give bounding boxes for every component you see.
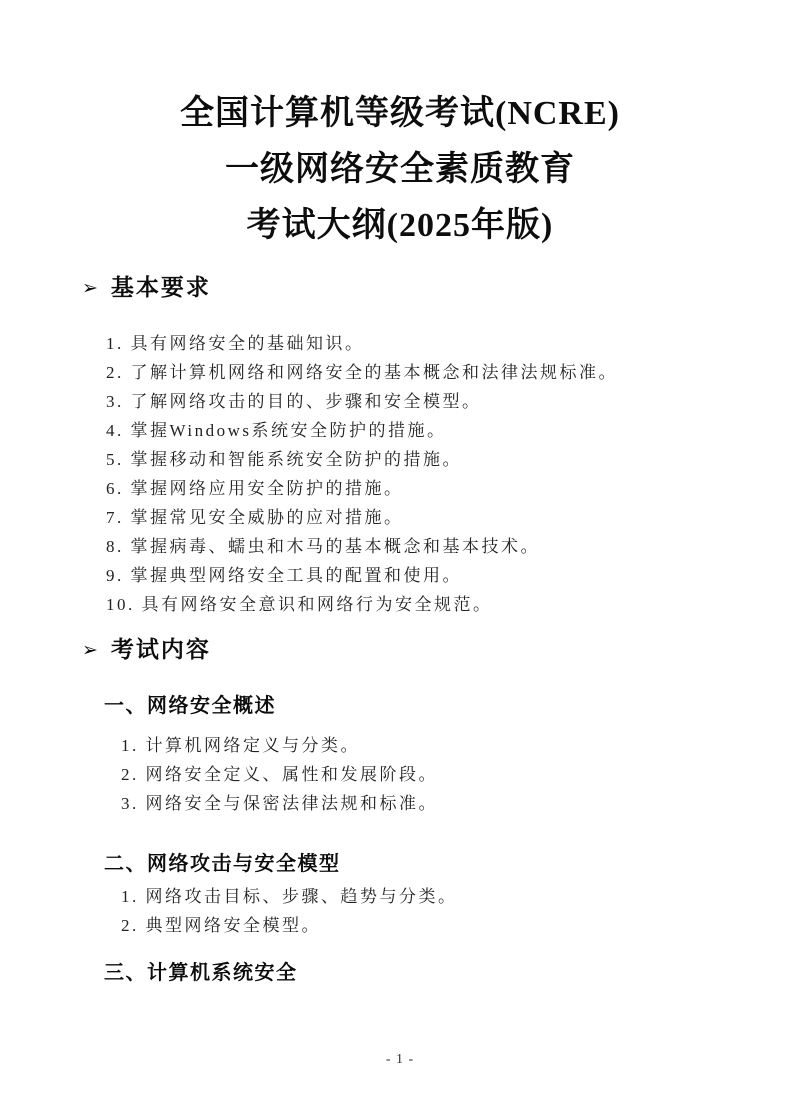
subsection-2-list: 1. 网络攻击目标、步骤、趋势与分类。 2. 典型网络安全模型。 [121, 882, 458, 940]
section-heading-exam-content: ➢ 考试内容 [82, 634, 211, 666]
list-item: 10. 具有网络安全意识和网络行为安全规范。 [106, 590, 618, 619]
list-item: 2. 典型网络安全模型。 [121, 911, 458, 940]
list-item: 9. 掌握典型网络安全工具的配置和使用。 [106, 561, 618, 590]
list-item: 6. 掌握网络应用安全防护的措施。 [106, 474, 618, 503]
section-heading-basic-requirements: ➢ 基本要求 [82, 272, 211, 304]
list-item: 8. 掌握病毒、蠕虫和木马的基本概念和基本技术。 [106, 532, 618, 561]
list-item: 1. 具有网络安全的基础知识。 [106, 329, 618, 358]
section-heading-label: 考试内容 [111, 634, 211, 666]
list-item: 4. 掌握Windows系统安全防护的措施。 [106, 416, 618, 445]
list-item: 5. 掌握移动和智能系统安全防护的措施。 [106, 445, 618, 474]
list-item: 1. 网络攻击目标、步骤、趋势与分类。 [121, 882, 458, 911]
basic-requirements-list: 1. 具有网络安全的基础知识。 2. 了解计算机网络和网络安全的基本概念和法律法… [106, 329, 618, 619]
list-item: 2. 网络安全定义、属性和发展阶段。 [121, 760, 438, 789]
list-item: 3. 了解网络攻击的目的、步骤和安全模型。 [106, 387, 618, 416]
arrow-bullet-icon: ➢ [82, 273, 98, 305]
title-line-2: 一级网络安全素质教育 [0, 142, 800, 198]
page-number: - 1 - [0, 1052, 800, 1068]
document-page: 全国计算机等级考试(NCRE) 一级网络安全素质教育 考试大纲(2025年版) … [0, 0, 800, 1114]
subsection-1-list: 1. 计算机网络定义与分类。 2. 网络安全定义、属性和发展阶段。 3. 网络安… [121, 731, 438, 818]
title-line-3: 考试大纲(2025年版) [0, 198, 800, 254]
title-line-1: 全国计算机等级考试(NCRE) [0, 86, 800, 142]
list-item: 1. 计算机网络定义与分类。 [121, 731, 438, 760]
arrow-bullet-icon: ➢ [82, 635, 98, 667]
document-title: 全国计算机等级考试(NCRE) 一级网络安全素质教育 考试大纲(2025年版) [0, 86, 800, 254]
subsection-heading-1: 一、网络安全概述 [104, 692, 276, 720]
section-heading-label: 基本要求 [111, 272, 211, 304]
list-item: 3. 网络安全与保密法律法规和标准。 [121, 789, 438, 818]
subsection-heading-3: 三、计算机系统安全 [104, 959, 298, 987]
subsection-heading-2: 二、网络攻击与安全模型 [104, 850, 341, 878]
list-item: 2. 了解计算机网络和网络安全的基本概念和法律法规标准。 [106, 358, 618, 387]
list-item: 7. 掌握常见安全威胁的应对措施。 [106, 503, 618, 532]
